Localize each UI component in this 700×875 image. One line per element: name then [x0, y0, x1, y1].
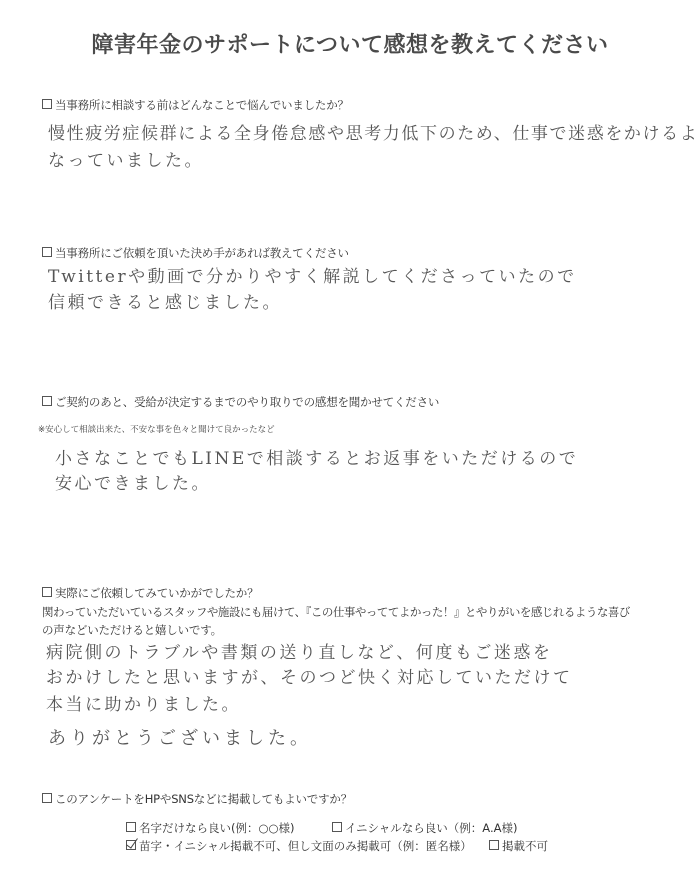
- checkbox-checked-icon[interactable]: [126, 840, 136, 850]
- checkbox-icon: [42, 247, 52, 257]
- answer-3-line-1: 小さなことでもLINEで相談するとお返事をいただけるので: [55, 444, 578, 469]
- answer-1-line-1: 慢性疲労症候群による全身倦怠感や思考力低下のため、仕事で迷惑をかけるように: [48, 119, 700, 144]
- answer-4-line-3: 本当に助かりました。: [46, 690, 241, 715]
- question-3-label: ご契約のあと、受給が決定するまでのやり取りでの感想を聞かせてください: [42, 394, 439, 410]
- question-4-label: 実際にご依頼してみていかがでしたか？: [42, 585, 258, 601]
- checkbox-icon[interactable]: [489, 840, 499, 850]
- question-2-label: 当事務所にご依頼を頂いた決め手があれば教えてください: [42, 245, 349, 261]
- checkbox-icon: [42, 99, 52, 109]
- question-5-label: このアンケートをHPやSNSなどに掲載してもよいですか？: [42, 791, 352, 807]
- answer-1-line-2: なっていました。: [48, 146, 204, 171]
- option-surname-only[interactable]: 名字だけなら良い(例：○○様): [126, 820, 295, 836]
- answer-3-line-2: 安心できました。: [55, 469, 211, 494]
- answer-4-line-4: ありがとうございました。: [48, 724, 312, 750]
- question-4-description-line-2: の声などいただけると嬉しいです。: [42, 622, 222, 638]
- option-no-publish[interactable]: 掲載不可: [489, 838, 548, 854]
- answer-4-line-1: 病院側のトラブルや書類の送り直しなど、何度もご迷惑を: [46, 638, 552, 663]
- option-text-only-anonymous[interactable]: 苗字・イニシャル掲載不可、但し文面のみ掲載可（例：匿名様）: [126, 838, 472, 854]
- checkbox-icon: [42, 587, 52, 597]
- page-title: 障害年金のサポートについて感想を教えてください: [0, 28, 700, 59]
- checkbox-icon[interactable]: [126, 822, 136, 832]
- answer-2-line-2: 信頼できると感じました。: [48, 288, 282, 313]
- checkbox-icon[interactable]: [332, 822, 342, 832]
- checkbox-icon: [42, 793, 52, 803]
- answer-4-line-2: おかけしたと思いますが、そのつど快く対応していただけて: [46, 663, 573, 688]
- answer-2-line-1: Twitterや動画で分かりやすく解説してくださっていたので: [48, 262, 577, 287]
- checkbox-icon: [42, 396, 52, 406]
- question-4-description-line-1: 関わっていただいているスタッフや施設にも届けて、『この仕事やっててよかった！』と…: [42, 604, 630, 620]
- option-initials-only[interactable]: イニシャルなら良い（例：A.A様): [332, 820, 517, 836]
- question-1-label: 当事務所に相談する前はどんなことで悩んでいましたか？: [42, 97, 349, 113]
- question-3-note: ※安心して相談出来た、不安な事を色々と聞けて良かったなど: [38, 423, 275, 435]
